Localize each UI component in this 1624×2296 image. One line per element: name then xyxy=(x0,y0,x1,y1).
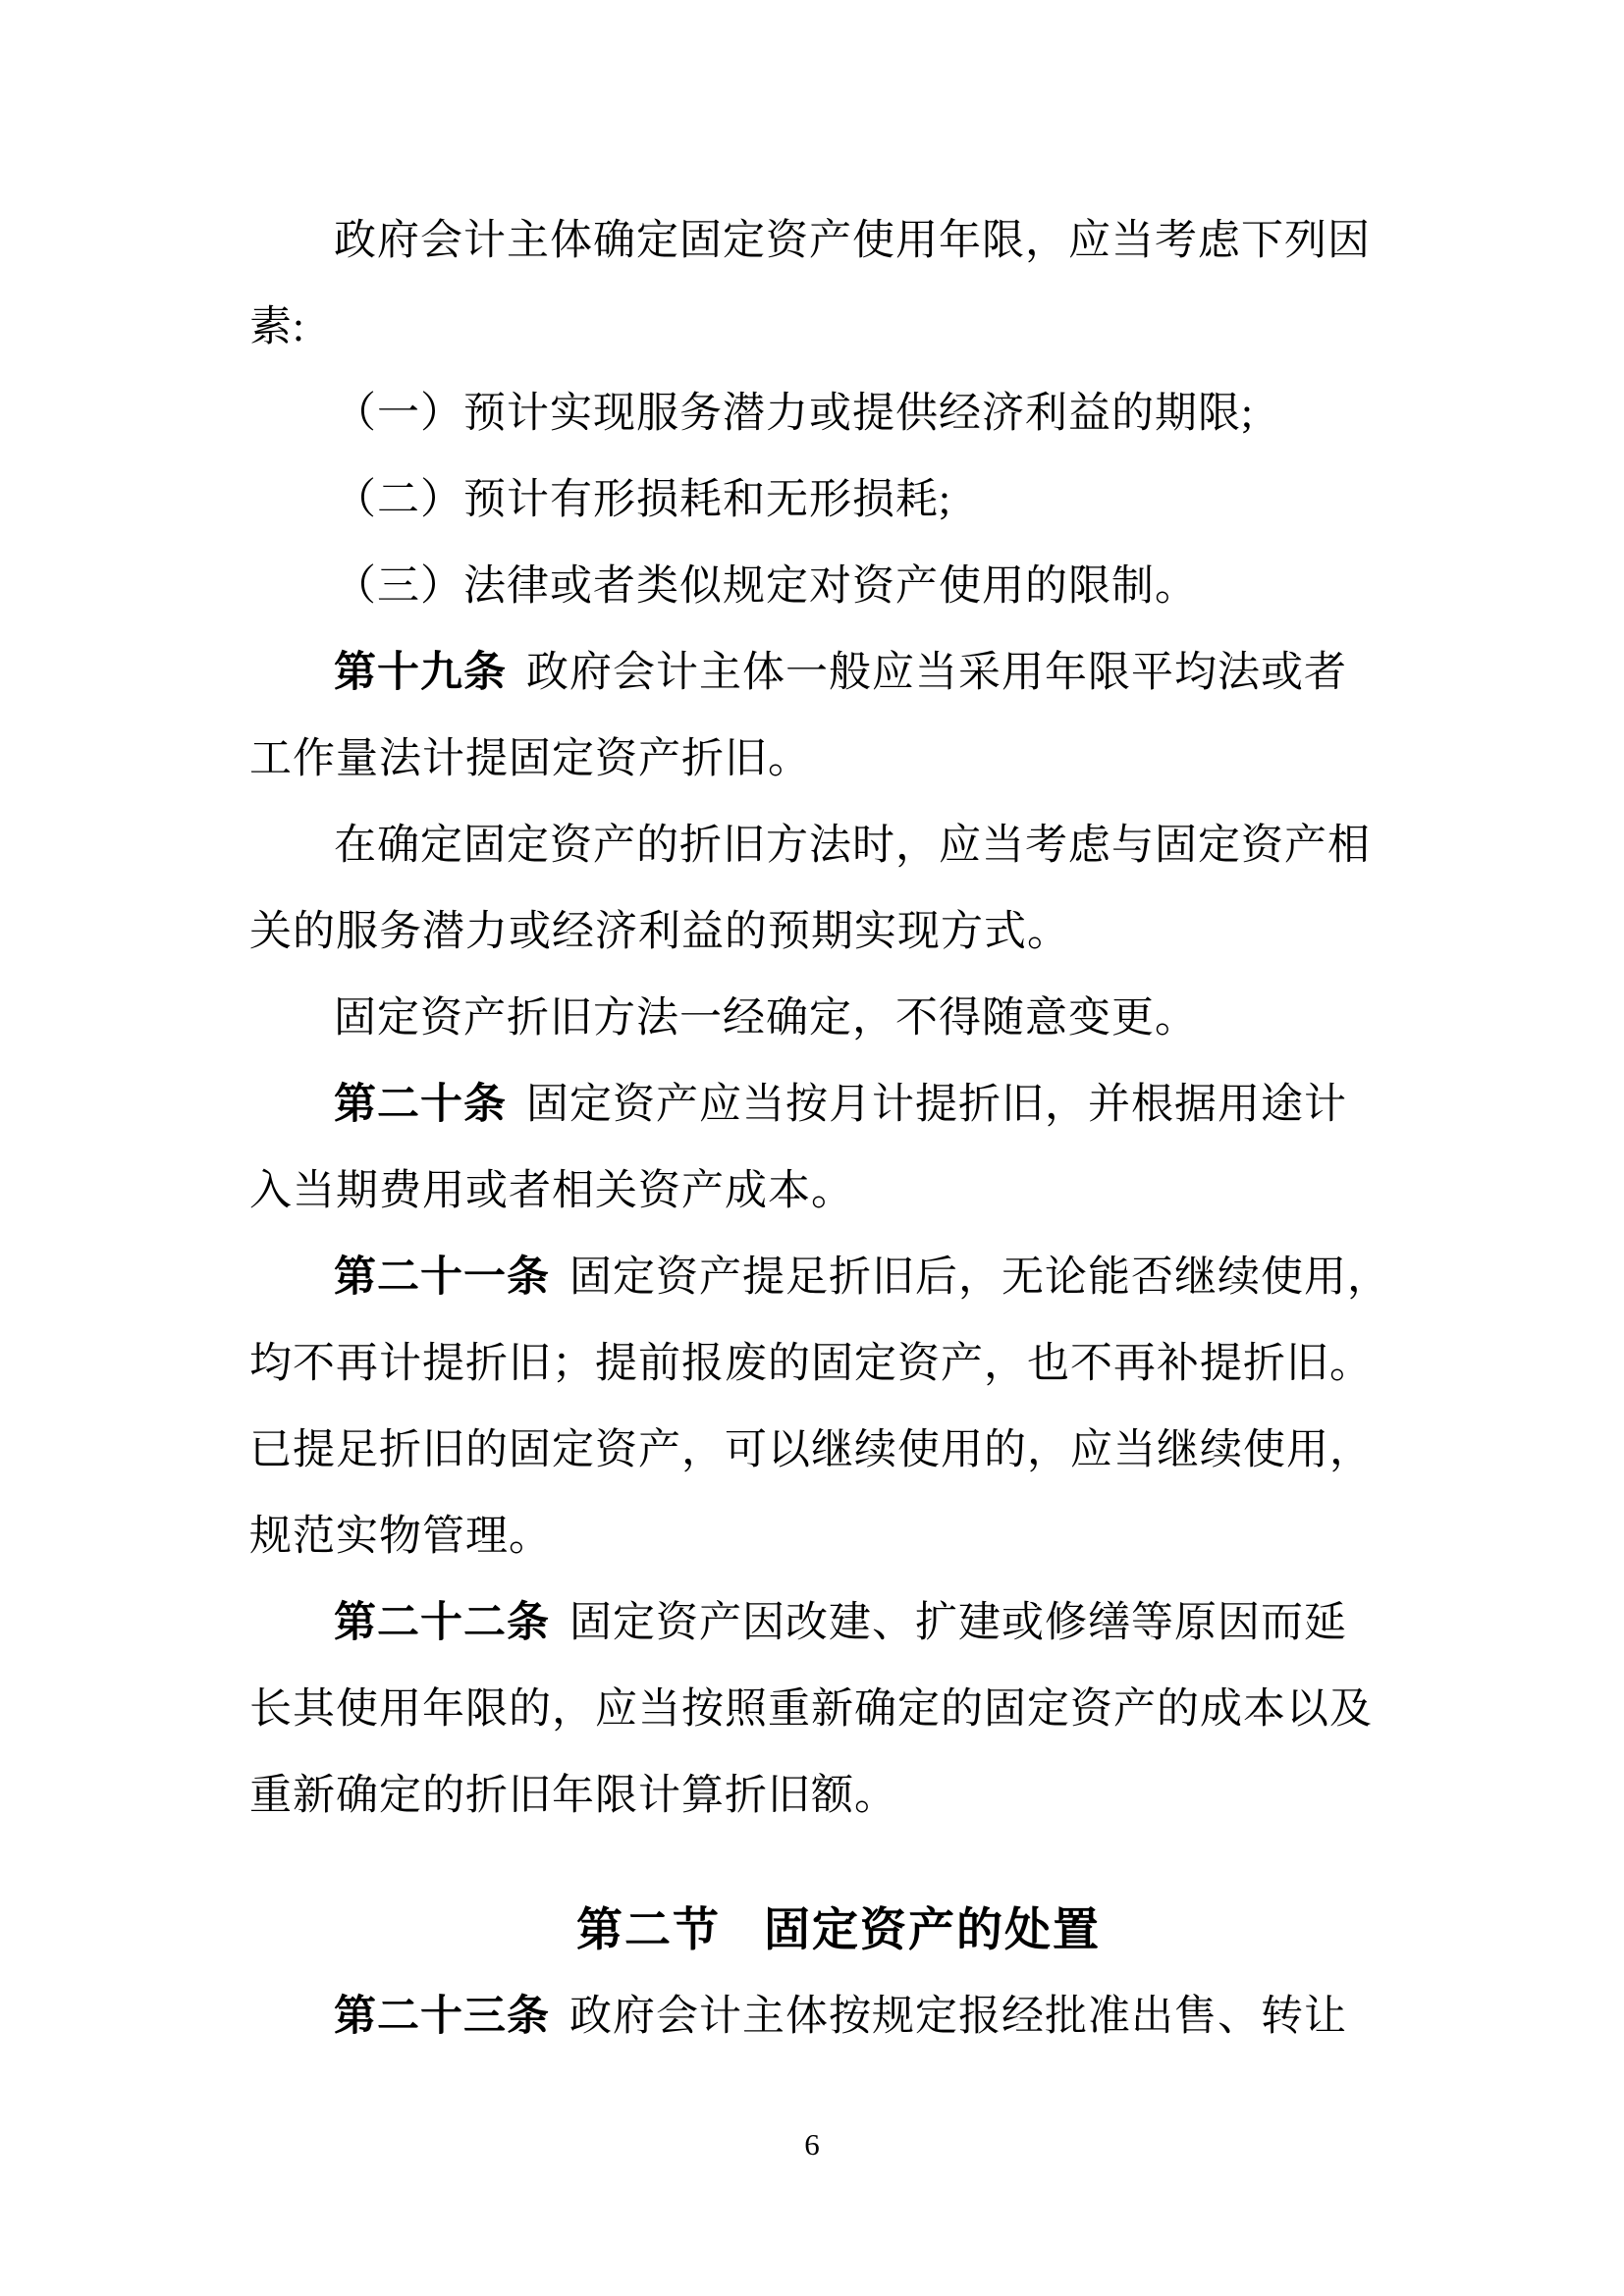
article-number: 第二十条 xyxy=(334,1082,507,1128)
document-line: 均不再计提折旧；提前报废的固定资产，也不再补提折旧。 xyxy=(249,1321,1428,1408)
document-line: 素: xyxy=(249,285,1428,371)
document-line: 固定资产折旧方法一经确定，不得随意变更。 xyxy=(249,976,1428,1062)
line-text: 在确定固定资产的折旧方法时，应当考虑与固定资产相 xyxy=(334,823,1371,869)
line-text: （三）法律或者类似规定对资产使用的限制。 xyxy=(334,563,1198,610)
line-text: 重新确定的折旧年限计算折旧额。 xyxy=(249,1773,897,1819)
line-text: 规范实物管理。 xyxy=(249,1514,552,1560)
document-line: 已提足折旧的固定资产，可以继续使用的，应当继续使用， xyxy=(249,1408,1428,1494)
article-number: 第二十一条 xyxy=(334,1255,550,1301)
page-number: 6 xyxy=(0,2122,1624,2167)
document-line: 长其使用年限的，应当按照重新确定的固定资产的成本以及 xyxy=(249,1667,1428,1753)
line-text: 固定资产折旧方法一经确定，不得随意变更。 xyxy=(334,995,1198,1041)
section-title: 固定资产的处置 xyxy=(764,1905,1101,1956)
line-text: （一）预计实现服务潜力或提供经济利益的期限; xyxy=(334,391,1254,437)
article-number: 第二十二条 xyxy=(334,1600,550,1646)
line-text: 入当期费用或者相关资产成本。 xyxy=(249,1168,854,1214)
line-text: 固定资产因改建、扩建或修缮等原因而延 xyxy=(569,1600,1347,1646)
article-number: 第二十三条 xyxy=(334,1994,550,2040)
article-number: 第十九条 xyxy=(334,650,507,696)
document-line: 第二十三条政府会计主体按规定报经批准出售、转让 xyxy=(249,1974,1428,2060)
document-line: 政府会计主体确定固定资产使用年限，应当考虑下列因 xyxy=(249,198,1428,285)
line-text: 固定资产提足折旧后，无论能否继续使用， xyxy=(569,1255,1390,1301)
line-text: 素: xyxy=(249,304,305,350)
document-line: 入当期费用或者相关资产成本。 xyxy=(249,1148,1428,1235)
document-line: 规范实物管理。 xyxy=(249,1494,1428,1580)
document-line: （三）法律或者类似规定对资产使用的限制。 xyxy=(249,544,1428,630)
line-text: 工作量法计提固定资产折旧。 xyxy=(249,736,811,782)
line-text: 长其使用年限的，应当按照重新确定的固定资产的成本以及 xyxy=(249,1686,1373,1733)
document-body: 政府会计主体确定固定资产使用年限，应当考虑下列因素:（一）预计实现服务潜力或提供… xyxy=(249,198,1428,2060)
document-line: （一）预计实现服务潜力或提供经济利益的期限; xyxy=(249,371,1428,457)
document-line: 第二十二条固定资产因改建、扩建或修缮等原因而延 xyxy=(249,1580,1428,1667)
line-text: 关的服务潜力或经济利益的预期实现方式。 xyxy=(249,909,1070,955)
line-text: （二）预计有形损耗和无形损耗; xyxy=(334,477,951,523)
document-line: （二）预计有形损耗和无形损耗; xyxy=(249,457,1428,544)
document-line: 在确定固定资产的折旧方法时，应当考虑与固定资产相 xyxy=(249,803,1428,889)
document-line: 第十九条政府会计主体一般应当采用年限平均法或者 xyxy=(249,630,1428,717)
line-text: 政府会计主体一般应当采用年限平均法或者 xyxy=(526,650,1347,696)
line-text: 政府会计主体按规定报经批准出售、转让 xyxy=(569,1994,1347,2040)
document-line: 第二十条固定资产应当按月计提折旧，并根据用途计 xyxy=(249,1062,1428,1148)
line-text: 政府会计主体确定固定资产使用年限，应当考虑下列因 xyxy=(334,218,1371,264)
document-line: 关的服务潜力或经济利益的预期实现方式。 xyxy=(249,889,1428,976)
line-text: 已提足折旧的固定资产，可以继续使用的，应当继续使用， xyxy=(249,1427,1373,1473)
section-heading: 第二节固定资产的处置 xyxy=(249,1888,1428,1974)
section-number: 第二节 xyxy=(576,1905,721,1956)
line-text: 固定资产应当按月计提折旧，并根据用途计 xyxy=(526,1082,1347,1128)
document-line: 工作量法计提固定资产折旧。 xyxy=(249,717,1428,803)
document-line: 重新确定的折旧年限计算折旧额。 xyxy=(249,1753,1428,1840)
line-text: 均不再计提折旧；提前报废的固定资产，也不再补提折旧。 xyxy=(249,1341,1373,1387)
document-line: 第二十一条固定资产提足折旧后，无论能否继续使用， xyxy=(249,1235,1428,1321)
document-page: 政府会计主体确定固定资产使用年限，应当考虑下列因素:（一）预计实现服务潜力或提供… xyxy=(0,0,1624,2296)
